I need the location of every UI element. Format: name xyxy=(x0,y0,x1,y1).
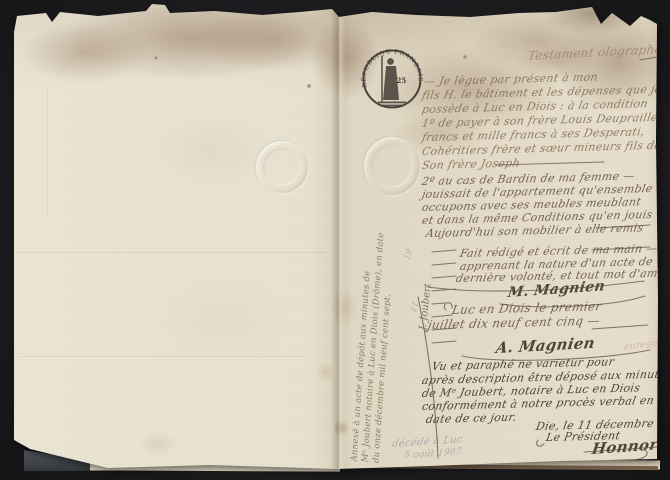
fiscal-stamp: RÉPUBLIQUE FRANÇAISE 25 xyxy=(360,46,424,112)
embossed-seal-inner-ring xyxy=(263,148,301,186)
document-sheet: RÉPUBLIQUE FRANÇAISE 25 Testament ologra… xyxy=(0,0,670,480)
embossed-seal-right xyxy=(364,137,420,195)
manuscript-line: Son frère Joseph xyxy=(421,157,521,171)
paper-surface: RÉPUBLIQUE FRANÇAISE 25 Testament ologra… xyxy=(0,0,670,480)
horizontal-crease xyxy=(16,252,326,253)
stamp-value: 25 xyxy=(397,76,407,85)
embossed-seal-left xyxy=(256,141,308,193)
manuscript-line: date de ce jour. xyxy=(425,412,518,425)
horizontal-crease xyxy=(18,356,308,357)
signature-president: Honnorat xyxy=(591,436,670,457)
archive-photo: RÉPUBLIQUE FRANÇAISE 25 Testament ologra… xyxy=(0,0,670,480)
vertical-crease xyxy=(47,90,48,215)
center-fold-crease xyxy=(330,9,346,469)
embossed-seal-inner-ring xyxy=(371,144,413,188)
